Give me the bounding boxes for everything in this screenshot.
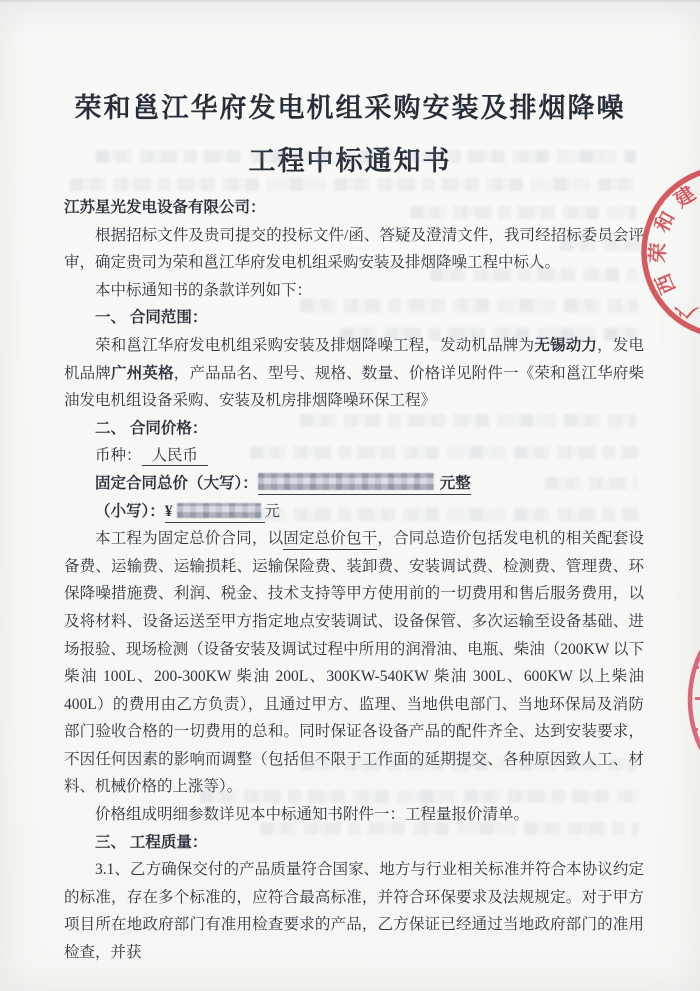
addressee-line: 江苏星光发电设备有限公司：	[64, 194, 644, 222]
total-price-upper-line: 固定合同总价（大写）：元整	[64, 470, 644, 498]
engine-brand: 无锡动力	[534, 337, 597, 354]
seal-arc-icon	[680, 630, 700, 780]
price-para-pre: 本工程为固定总价合同，以	[95, 530, 283, 547]
redacted-amount-figures	[177, 503, 261, 518]
seal-text: 广西荣和建	[645, 176, 700, 324]
total-upper-label: 固定合同总价（大写）：	[95, 475, 258, 492]
svg-text:广西荣和建: 广西荣和建	[645, 176, 700, 324]
generator-brand: 广州英格	[111, 365, 174, 382]
total-upper-suffix: 元整	[440, 475, 471, 492]
section3-heading: 三、 工程质量：	[64, 829, 644, 857]
section3-paragraph: 3.1、乙方确保交付的产品质量符合国家、地方与行业相关标准并符合本协议约定的标准…	[64, 856, 644, 966]
terms-lead-line: 本中标通知书的条款详列如下：	[64, 277, 644, 305]
currency-label: 币种：	[95, 447, 142, 464]
addressee-colon: ：	[250, 199, 266, 216]
price-para-post: ，合同总造价包括发电机的相关配套设备费、运输费、运输损耗、运输保险费、装卸费、安…	[64, 530, 644, 795]
title-line-2: 工程中标通知书	[0, 135, 700, 188]
total-upper-value: 元整	[258, 475, 471, 495]
lump-sum-underlined: 固定总价包干	[283, 530, 377, 550]
total-lower-label: （小写）：	[95, 503, 165, 520]
addressee-company: 江苏星光发电设备有限公司	[64, 199, 250, 216]
section2-heading: 二、 合同价格：	[64, 415, 644, 443]
total-lower-suffix: 元	[265, 503, 281, 520]
document-title: 荣和邕江华府发电机组采购安装及排烟降噪 工程中标通知书	[0, 82, 700, 188]
redacted-amount-words	[258, 473, 434, 490]
section1-paragraph: 荣和邕江华府发电机组采购安装及排烟降噪工程，发动机品牌为无锡动力，发电机品牌广州…	[64, 332, 644, 415]
section1-heading: 一、 合同范围：	[64, 304, 644, 332]
currency-symbol: ¥	[165, 503, 173, 520]
document-body: 江苏星光发电设备有限公司： 根据招标文件及贵司提交的投标文件/函、答疑及澄清文件…	[64, 194, 644, 967]
currency-value: 人民币	[142, 447, 209, 466]
currency-line: 币种：人民币	[64, 442, 644, 470]
document-page: 荣和邕江华府发电机组采购安装及排烟降噪 工程中标通知书 江苏星光发电设备有限公司…	[0, 0, 700, 991]
scope-text-pre: 荣和邕江华府发电机组采购安装及排烟降噪工程，发动机品牌为	[95, 337, 534, 354]
total-price-lower-line: （小写）：¥元	[64, 498, 644, 526]
price-note-line: 价格组成明细参数详见本中标通知书附件一：工程量报价清单。	[64, 801, 644, 829]
fixed-price-paragraph: 本工程为固定总价合同，以固定总价包干，合同总造价包括发电机的相关配套设备费、运输…	[64, 525, 644, 801]
title-line-1: 荣和邕江华府发电机组采购安装及排烟降噪	[0, 82, 700, 135]
total-lower-value: ¥	[165, 503, 265, 523]
intro-paragraph: 根据招标文件及贵司提交的投标文件/函、答疑及澄清文件，我司经招标委员会评审，确定…	[64, 222, 644, 277]
